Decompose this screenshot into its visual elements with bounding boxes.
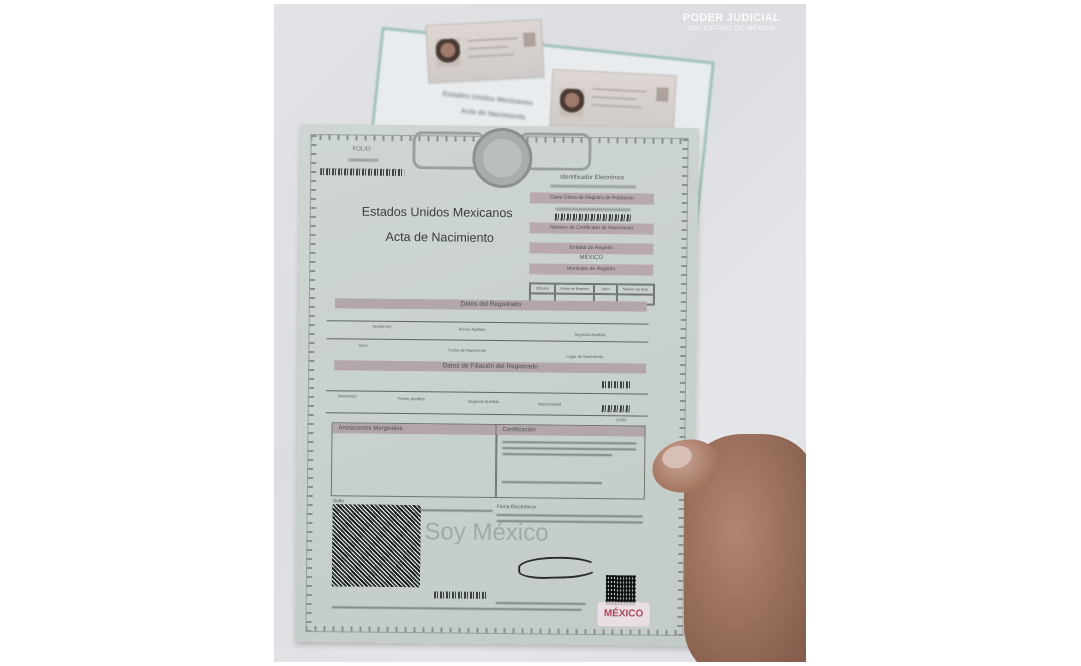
soy-mexico-watermark: Soy México <box>424 518 548 547</box>
title-country: Estados Unidos Mexicanos <box>362 205 513 221</box>
entidad-label: Entidad de Registro <box>529 242 653 254</box>
folio-label: FOLIO <box>352 146 370 152</box>
qr-code-small <box>606 575 636 605</box>
background-certificate-line2: Acta de Nacimiento <box>460 108 525 122</box>
firma-label: Firma Electrónica <box>497 504 536 510</box>
id-card <box>550 69 677 135</box>
id-photo-small <box>523 32 536 47</box>
watermark-line2: DEL ESTADO DE MÉXICO <box>683 25 780 32</box>
id-photo-small <box>656 87 669 102</box>
photo: PODER JUDICIAL DEL ESTADO DE MÉXICO Esta… <box>274 4 806 662</box>
curp-label: Clave Única de Registro de Población <box>530 192 654 204</box>
cert-nacimiento-label: Número de Certificado de Nacimiento <box>530 222 654 234</box>
anotaciones-box: Anotaciones Marginales <box>331 422 498 498</box>
mexico-stamp: MÉXICO <box>597 602 649 627</box>
curp-barcode <box>555 214 631 222</box>
identificador-label: Identificador Electrónico <box>530 174 654 181</box>
id-card <box>426 19 545 83</box>
title-document: Acta de Nacimiento <box>385 230 494 245</box>
folio-barcode <box>320 168 404 176</box>
certificacion-label: Certificación <box>496 425 644 437</box>
national-crest-icon <box>472 128 533 189</box>
background-certificate-line1: Estados Unidos Mexicanos <box>442 91 533 107</box>
entidad-value: MÉXICO <box>529 254 653 261</box>
bottom-barcode <box>434 591 488 599</box>
watermark-line1: PODER JUDICIAL <box>683 12 780 24</box>
id-photo <box>559 88 584 117</box>
certificacion-box: Certificación <box>495 424 646 500</box>
birth-certificate: FOLIO Estados Unidos Mexicanos Acta de N… <box>295 124 698 646</box>
watermark: PODER JUDICIAL DEL ESTADO DE MÉXICO <box>683 12 780 32</box>
municipio-label: Municipio de Registro <box>529 263 653 275</box>
id-photo <box>435 38 460 67</box>
qr-code-large <box>332 504 421 587</box>
anotaciones-label: Anotaciones Marginales <box>332 423 496 435</box>
